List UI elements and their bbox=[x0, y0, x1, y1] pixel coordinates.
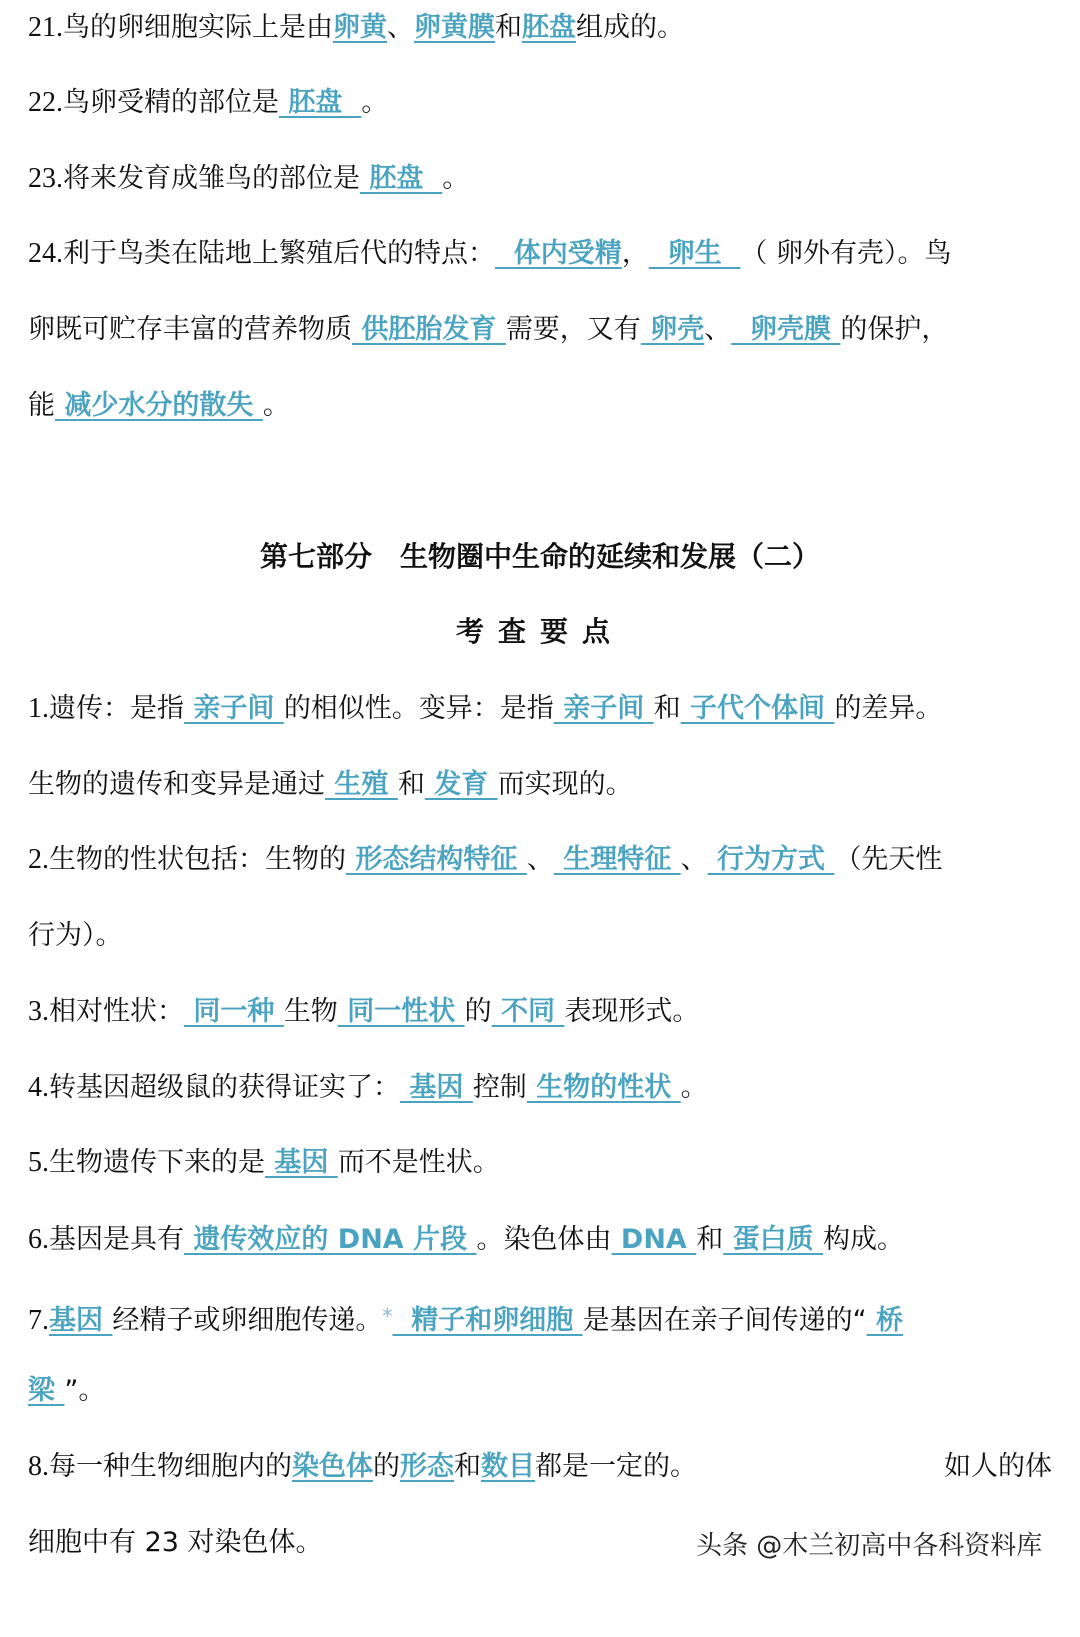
answer-blank: 染色体 bbox=[292, 1451, 373, 1482]
answer-blank: 卵黄膜 bbox=[414, 12, 495, 43]
point-4: 4.转基因超级鼠的获得证实了： 基因 控制 生物的性状 。 bbox=[28, 1070, 708, 1106]
text: 。 bbox=[361, 87, 388, 118]
item-number: 24. bbox=[28, 238, 63, 269]
text: 基因是具有 bbox=[49, 1224, 184, 1255]
text: 、 bbox=[704, 314, 731, 345]
answer-blank: 亲子间 bbox=[184, 693, 284, 724]
answer-blank: 亲子间 bbox=[554, 693, 654, 724]
answer-blank: 生物的性状 bbox=[527, 1072, 681, 1103]
text: 的 bbox=[465, 996, 492, 1027]
answer-blank: 遗传效应的 DNA 片段 bbox=[184, 1224, 477, 1255]
answer-blank: 子代个体间 bbox=[681, 693, 835, 724]
text: 是基因在亲子间传递的“ bbox=[583, 1305, 867, 1336]
text: 生物的遗传和变异是通过 bbox=[28, 769, 325, 800]
item-number: 6. bbox=[28, 1224, 49, 1255]
text: 、 bbox=[527, 844, 554, 875]
item-24-line-3: 能 减少水分的散失 。 bbox=[28, 388, 290, 424]
text: 生物 bbox=[284, 996, 338, 1027]
text: 。 bbox=[263, 390, 290, 421]
text: 生物的性状包括：生物的 bbox=[49, 844, 346, 875]
text: 鸟卵受精的部位是 bbox=[63, 87, 279, 118]
answer-blank: 数目 bbox=[481, 1451, 535, 1482]
text: 的保护， bbox=[840, 314, 948, 345]
answer-blank: 不同 bbox=[492, 996, 565, 1027]
answer-blank: 基因 bbox=[265, 1147, 338, 1178]
text: ， bbox=[622, 238, 649, 269]
point-7: 7.基因 经精子或卵细胞传递。* 精子和卵细胞 是基因在亲子间传递的“ 桥 bbox=[28, 1298, 903, 1334]
text: 控制 bbox=[473, 1072, 527, 1103]
text: 。 bbox=[442, 163, 469, 194]
item-number: 21. bbox=[28, 12, 63, 43]
text: 和 bbox=[398, 769, 425, 800]
text: 组成的。 bbox=[576, 12, 684, 43]
answer-blank: 桥 bbox=[867, 1305, 903, 1336]
text: 而实现的。 bbox=[498, 769, 633, 800]
item-23: 23.将来发育成雏鸟的部位是 胚盘 。 bbox=[28, 161, 469, 197]
answer-blank: 胚盘 bbox=[279, 87, 361, 118]
text: 而不是性状。 bbox=[338, 1147, 500, 1178]
answer-blank: 基因 bbox=[400, 1072, 473, 1103]
answer-blank: 生殖 bbox=[325, 769, 398, 800]
point-2-line-2: 行为）。 bbox=[28, 918, 123, 954]
text: 。染色体由 bbox=[477, 1224, 612, 1255]
item-number: 22. bbox=[28, 87, 63, 118]
answer-blank: 卵黄 bbox=[333, 12, 387, 43]
point-1: 1.遗传：是指 亲子间 的相似性。变异：是指 亲子间 和 子代个体间 的差异。 bbox=[28, 691, 942, 727]
answer-blank: 卵壳 bbox=[641, 314, 704, 345]
item-24: 24.利于鸟类在陆地上繁殖后代的特点： 体内受精， 卵生 （ 卵外有壳）。鸟 bbox=[28, 236, 952, 272]
text: 都是一定的。 bbox=[535, 1451, 697, 1482]
point-5: 5.生物遗传下来的是 基因 而不是性状。 bbox=[28, 1145, 500, 1181]
text: 如人的体 bbox=[944, 1449, 1052, 1485]
text: 的差异。 bbox=[834, 693, 942, 724]
text: 和 bbox=[495, 12, 522, 43]
item-number: 8. bbox=[28, 1451, 49, 1482]
text: 卵既可贮存丰富的营养物质 bbox=[28, 314, 352, 345]
text: 的 bbox=[373, 1451, 400, 1482]
point-2: 2.生物的性状包括：生物的 形态结构特征 、 生理特征 、 行为方式 （先天性 bbox=[28, 842, 942, 878]
item-number: 5. bbox=[28, 1147, 49, 1178]
answer-blank: 胚盘 bbox=[522, 12, 576, 43]
text: 遗传：是指 bbox=[49, 693, 184, 724]
point-8-line-2: 细胞中有 23 对染色体。 bbox=[28, 1525, 323, 1561]
text: 和 bbox=[654, 693, 681, 724]
answer-blank: 卵壳膜 bbox=[731, 314, 840, 345]
point-1-line-2: 生物的遗传和变异是通过 生殖 和 发育 而实现的。 bbox=[28, 767, 633, 803]
answer-blank: 胚盘 bbox=[360, 163, 442, 194]
answer-blank: 减少水分的散失 bbox=[55, 390, 263, 421]
text: 需要，又有 bbox=[506, 314, 641, 345]
text: （先天性 bbox=[834, 844, 942, 875]
answer-blank: 供胚胎发育 bbox=[352, 314, 506, 345]
item-24-line-2: 卵既可贮存丰富的营养物质 供胚胎发育 需要，又有 卵壳、 卵壳膜 的保护， bbox=[28, 312, 948, 348]
text: 生物遗传下来的是 bbox=[49, 1147, 265, 1178]
text: 能 bbox=[28, 390, 55, 421]
item-number: 7. bbox=[28, 1305, 49, 1336]
text: 、 bbox=[681, 844, 708, 875]
point-8: 8.每一种生物细胞内的染色体的形态和数目都是一定的。如人的体 bbox=[28, 1449, 1052, 1485]
answer-blank: 卵生 bbox=[649, 238, 741, 269]
text: 鸟的卵细胞实际上是由 bbox=[63, 12, 333, 43]
text: 转基因超级鼠的获得证实了： bbox=[49, 1072, 400, 1103]
text: 经精子或卵细胞传递。 bbox=[112, 1305, 382, 1336]
text: 每一种生物细胞内的 bbox=[49, 1451, 292, 1482]
item-number: 23. bbox=[28, 163, 63, 194]
text: 和 bbox=[696, 1224, 723, 1255]
text: 行为）。 bbox=[28, 920, 123, 951]
answer-blank: 同一种 bbox=[184, 996, 284, 1027]
asterisk-icon: * bbox=[382, 1304, 392, 1328]
answer-blank: DNA bbox=[612, 1224, 697, 1255]
text: ”。 bbox=[64, 1375, 105, 1406]
text: 。 bbox=[681, 1072, 708, 1103]
section-subtitle: 考查要点 bbox=[0, 614, 1080, 650]
answer-blank: 基因 bbox=[49, 1305, 112, 1336]
text: 构成。 bbox=[823, 1224, 904, 1255]
item-number: 1. bbox=[28, 693, 49, 724]
text: 细胞中有 23 对染色体。 bbox=[28, 1527, 323, 1558]
answer-blank: 蛋白质 bbox=[723, 1224, 823, 1255]
point-7-line-2: 梁 ”。 bbox=[28, 1373, 105, 1409]
section-title: 第七部分 生物圈中生命的延续和发展（二） bbox=[0, 539, 1080, 575]
item-21: 21.鸟的卵细胞实际上是由卵黄、卵黄膜和胚盘组成的。 bbox=[28, 10, 684, 46]
item-22: 22.鸟卵受精的部位是 胚盘 。 bbox=[28, 85, 388, 121]
text: 的相似性。变异：是指 bbox=[284, 693, 554, 724]
text: 相对性状： bbox=[49, 996, 184, 1027]
answer-blank: 行为方式 bbox=[708, 844, 835, 875]
answer-blank: 梁 bbox=[28, 1375, 64, 1406]
item-number: 4. bbox=[28, 1072, 49, 1103]
answer-blank: 精子和卵细胞 bbox=[392, 1305, 582, 1336]
point-6: 6.基因是具有 遗传效应的 DNA 片段 。染色体由 DNA 和 蛋白质 构成。 bbox=[28, 1222, 904, 1258]
text: （ 卵外有壳）。鸟 bbox=[740, 238, 951, 269]
answer-blank: 形态结构特征 bbox=[346, 844, 527, 875]
answer-blank: 生理特征 bbox=[554, 844, 681, 875]
text: 表现形式。 bbox=[564, 996, 699, 1027]
point-3: 3.相对性状： 同一种 生物 同一性状 的 不同 表现形式。 bbox=[28, 994, 699, 1030]
item-number: 3. bbox=[28, 996, 49, 1027]
answer-blank: 同一性状 bbox=[338, 996, 465, 1027]
text: 、 bbox=[387, 12, 414, 43]
answer-blank: 形态 bbox=[400, 1451, 454, 1482]
watermark: 头条 @木兰初高中各科资料库 bbox=[696, 1525, 1042, 1562]
text: 和 bbox=[454, 1451, 481, 1482]
answer-blank: 体内受精 bbox=[495, 238, 622, 269]
answer-blank: 发育 bbox=[425, 769, 498, 800]
item-number: 2. bbox=[28, 844, 49, 875]
text: 利于鸟类在陆地上繁殖后代的特点： bbox=[63, 238, 495, 269]
text: 将来发育成雏鸟的部位是 bbox=[63, 163, 360, 194]
